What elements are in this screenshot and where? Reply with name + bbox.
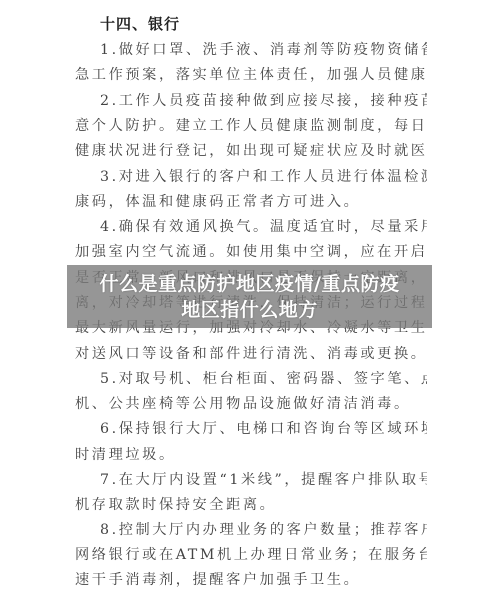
paragraph-line: 网络银行或在ATM机上办理日常业务；在服务台或柜台配备	[75, 543, 427, 568]
overlay-title-line-2: 地区指什么地方	[67, 297, 432, 323]
overlay-title: 什么是重点防护地区疫情/重点防疫 地区指什么地方	[67, 265, 432, 328]
paragraph-line: 健康状况进行登记，如出现可疑症状应及时就医。	[75, 139, 427, 164]
section-heading: 十四、银行	[100, 12, 180, 37]
paragraph-line: 加强室内空气流通。如使用集中空调，应在开启前检查设备	[75, 240, 427, 265]
paragraph-line: 7.在大厅内设置“1米线”，提醒客户排队取号或在ATM	[100, 468, 427, 493]
paragraph-line: 5.对取号机、柜台柜面、密码器、签字笔、点钞机、ATM	[100, 367, 427, 392]
paragraph-line: 机存取款时保持安全距离。	[75, 493, 427, 518]
paragraph-line: 时清理垃圾。	[75, 443, 427, 468]
paragraph-line: 1.做好口罩、洗手液、消毒剂等防疫物资储备，制定应	[100, 38, 427, 63]
paragraph-line: 急工作预案，落实单位主体责任，加强人员健康培训。	[75, 63, 427, 88]
paragraph-line: 机、公共座椅等公用物品设施做好清洁消毒。	[75, 392, 427, 417]
paragraph-line: 对送风口等设备和部件进行清洗、消毒或更换。	[75, 342, 427, 367]
paragraph-line: 速干手消毒剂，提醒客户加强手卫生。	[75, 568, 427, 593]
paragraph-line: 3.对进入银行的客户和工作人员进行体温检测和核验健	[100, 165, 427, 190]
paragraph-line: 4.确保有效通风换气。温度适宜时，尽量采用自然通风	[100, 215, 427, 240]
paragraph-line: 8.控制大厅内办理业务的客户数量；推荐客户优先考虑	[100, 518, 427, 543]
paragraph-line: 意个人防护。建立工作人员健康监测制度，每日对工作人员	[75, 114, 427, 139]
paragraph-line: 2.工作人员疫苗接种做到应接尽接，接种疫苗后仍需注	[100, 89, 427, 114]
paragraph-line: 康码，体温和健康码正常者方可进入。	[75, 190, 427, 215]
paragraph-line: 6.保持银行大厅、电梯口和咨询台等区域环境整洁，及	[100, 417, 427, 442]
overlay-title-line-1: 什么是重点防护地区疫情/重点防疫	[67, 271, 432, 297]
